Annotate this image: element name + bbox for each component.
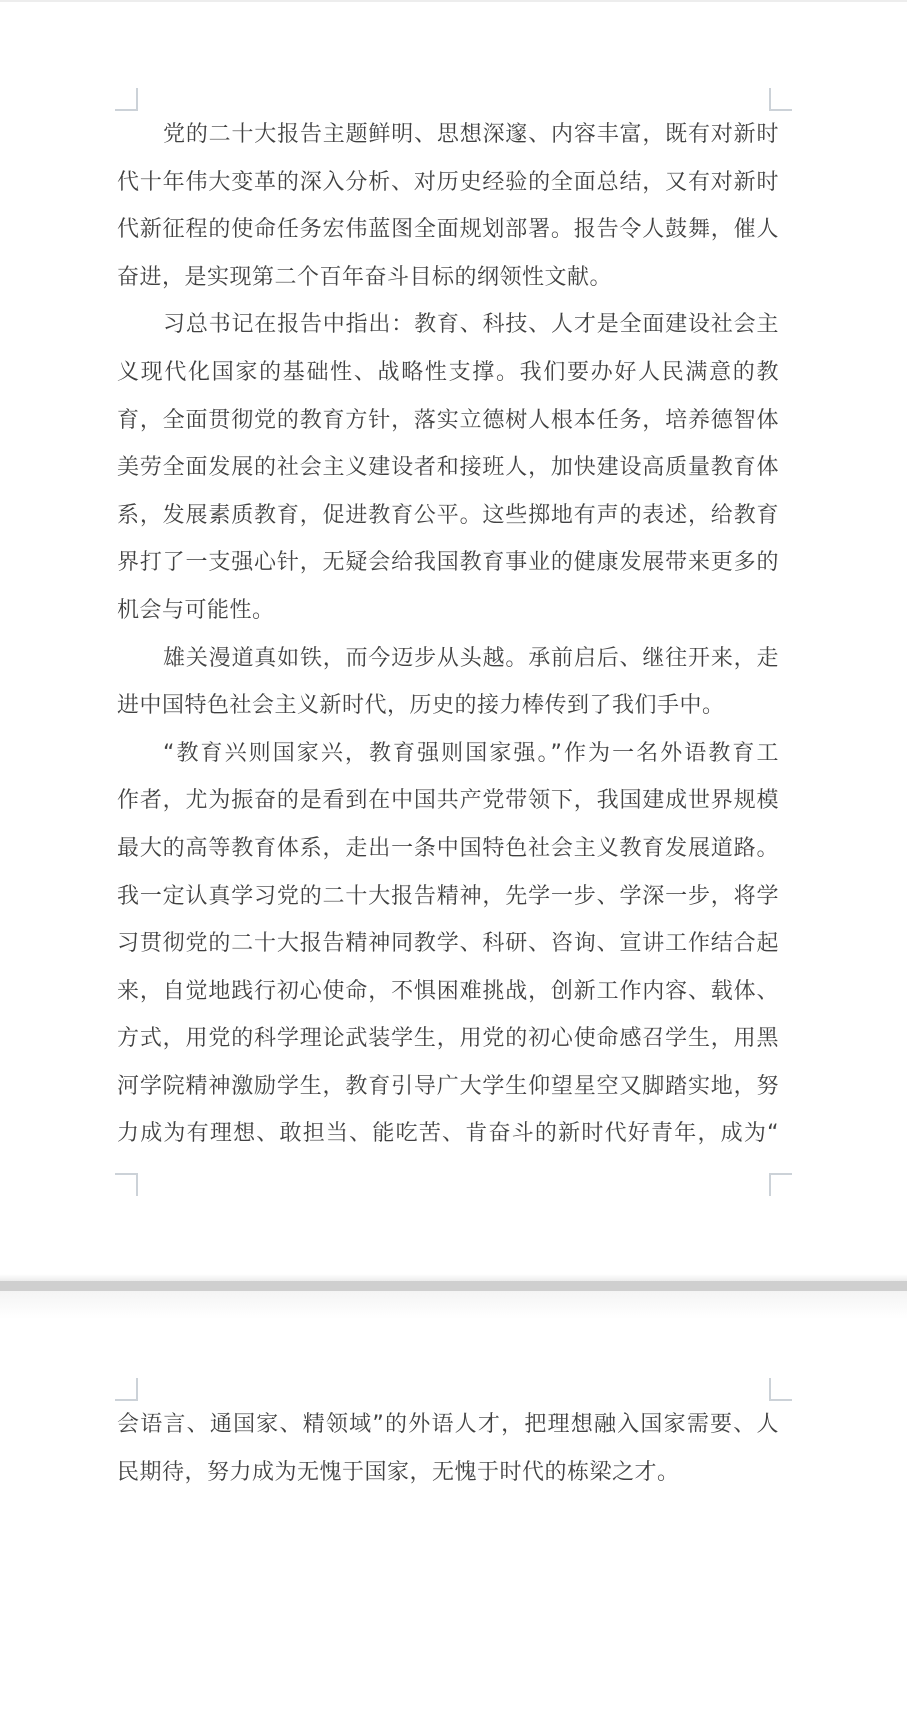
- page-1-text: 党的二十大报告主题鲜明、思想深邃、内容丰富，既有对新时代十年伟大变革的深入分析、…: [117, 120, 779, 1167]
- margin-corner-icon: [769, 1378, 792, 1401]
- text-line: 河学院精神激励学生，教育引导广大学生仰望星空又脚踏实地，努: [117, 1072, 779, 1120]
- text-line: 界打了一支强心针，无疑会给我国教育事业的健康发展带来更多的: [117, 548, 779, 596]
- text-line: 育，全面贯彻党的教育方针，落实立德树人根本任务，培养德智体: [117, 406, 779, 454]
- margin-corner-icon: [115, 1378, 138, 1401]
- document-viewer: 党的二十大报告主题鲜明、思想深邃、内容丰富，既有对新时代十年伟大变革的深入分析、…: [0, 0, 907, 1723]
- text-line: 力成为有理想、敢担当、能吃苦、肯奋斗的新时代好青年，成为“: [117, 1119, 779, 1167]
- text-line: 代新征程的使命任务宏伟蓝图全面规划部署。报告令人鼓舞，催人: [117, 215, 779, 263]
- page-separator-shadow: [0, 1274, 907, 1281]
- text-line: 作者，尤为振奋的是看到在中国共产党带领下，我国建成世界规模: [117, 786, 779, 834]
- text-line: 奋进，是实现第二个百年奋斗目标的纲领性文献。: [117, 263, 779, 311]
- page-2[interactable]: [0, 1291, 907, 1723]
- page-separator-fade: [0, 1291, 907, 1319]
- text-line: 党的二十大报告主题鲜明、思想深邃、内容丰富，既有对新时: [117, 120, 779, 168]
- text-line: 习贯彻党的二十大报告精神同教学、科研、咨询、宣讲工作结合起: [117, 929, 779, 977]
- margin-corner-icon: [115, 1173, 138, 1196]
- text-line: 习总书记在报告中指出：教育、科技、人才是全面建设社会主: [117, 310, 779, 358]
- page-separator: [0, 1281, 907, 1291]
- text-line: 美劳全面发展的社会主义建设者和接班人，加快建设高质量教育体: [117, 453, 779, 501]
- text-line: 进中国特色社会主义新时代，历史的接力棒传到了我们手中。: [117, 691, 779, 739]
- text-line: 来，自觉地践行初心使命，不惧困难挑战，创新工作内容、载体、: [117, 977, 779, 1025]
- text-line: 我一定认真学习党的二十大报告精神，先学一步、学深一步，将学: [117, 882, 779, 930]
- text-line: 代十年伟大变革的深入分析、对历史经验的全面总结，又有对新时: [117, 168, 779, 216]
- margin-corner-icon: [769, 1173, 792, 1196]
- text-line: “教育兴则国家兴，教育强则国家强。”作为一名外语教育工: [117, 739, 779, 787]
- text-line: 会语言、通国家、精领域”的外语人才，把理想融入国家需要、人: [117, 1410, 779, 1458]
- text-line: 民期待，努力成为无愧于国家，无愧于时代的栋梁之才。: [117, 1458, 779, 1506]
- text-line: 机会与可能性。: [117, 596, 779, 644]
- page-2-text: 会语言、通国家、精领域”的外语人才，把理想融入国家需要、人民期待，努力成为无愧于…: [117, 1410, 779, 1505]
- margin-corner-icon: [769, 88, 792, 111]
- margin-corner-icon: [115, 88, 138, 111]
- text-line: 系，发展素质教育，促进教育公平。这些掷地有声的表述，给教育: [117, 501, 779, 549]
- text-line: 雄关漫道真如铁，而今迈步从头越。承前启后、继往开来，走: [117, 644, 779, 692]
- text-line: 义现代化国家的基础性、战略性支撑。我们要办好人民满意的教: [117, 358, 779, 406]
- text-line: 最大的高等教育体系，走出一条中国特色社会主义教育发展道路。: [117, 834, 779, 882]
- text-line: 方式，用党的科学理论武装学生，用党的初心使命感召学生，用黑: [117, 1024, 779, 1072]
